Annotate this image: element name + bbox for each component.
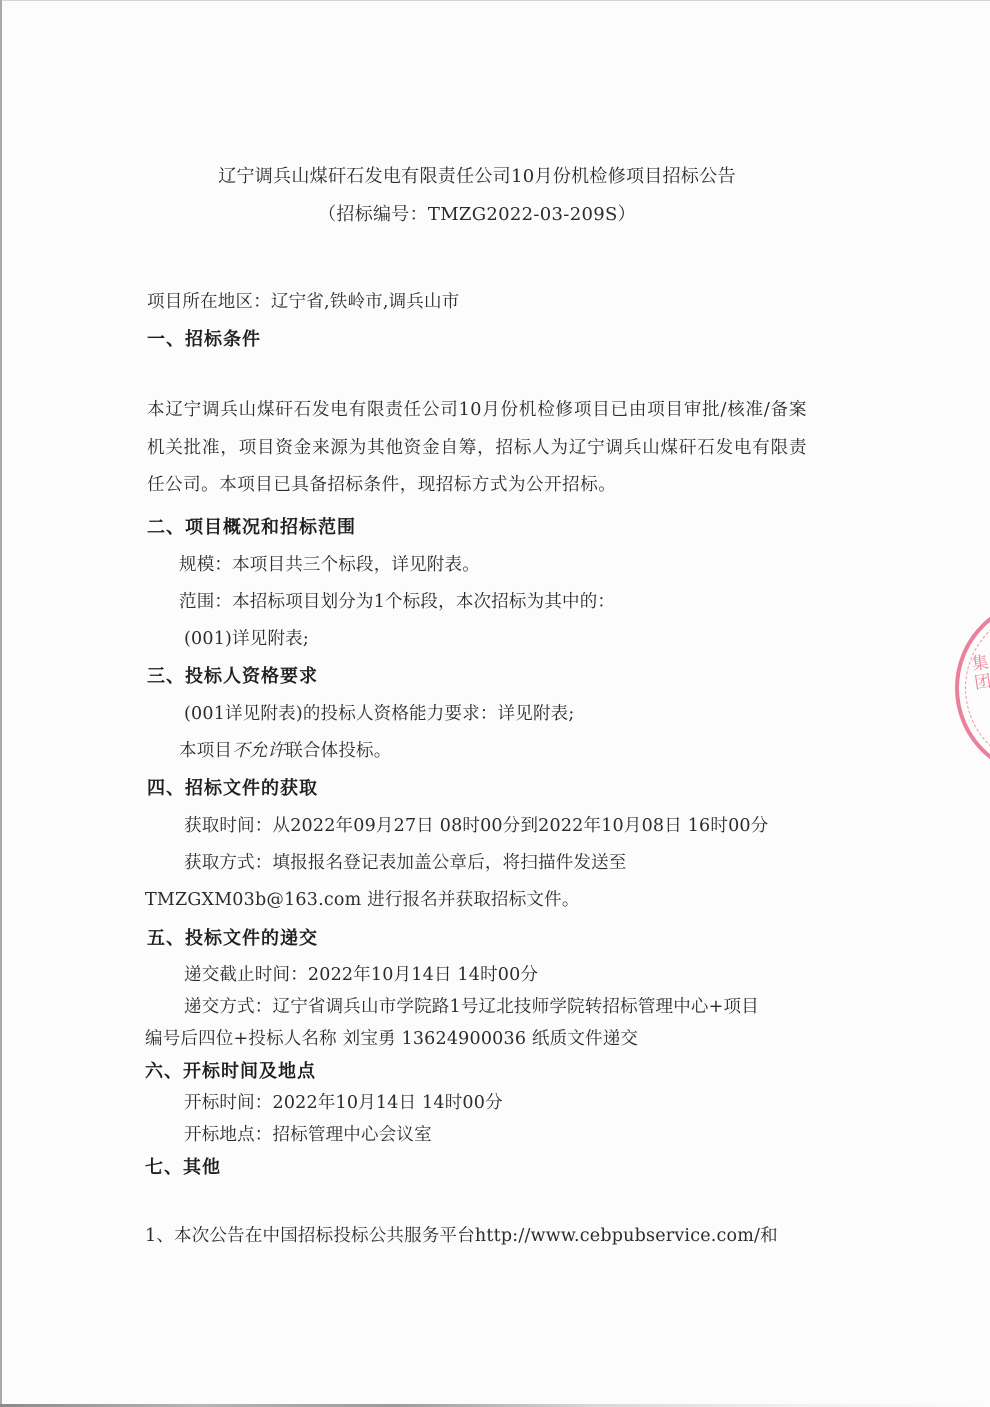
section-1-heading: 一、招标条件 (147, 325, 261, 351)
section-1-paragraph: 本辽宁调兵山煤矸石发电有限责任公司10月份机检修项目已由项目审批/核准/备案机关… (147, 392, 807, 505)
section-3-qualification: (001详见附表)的投标人资格能力要求：详见附表; (184, 700, 574, 725)
project-location: 项目所在地区：辽宁省,铁岭市,调兵山市 (147, 288, 459, 313)
section-3-consortium: 本项目不允许联合体投标。 (179, 737, 391, 762)
consortium-prefix: 本项目 (179, 741, 232, 761)
document-page: 辽宁调兵山煤矸石发电有限责任公司10月份机检修项目招标公告 （招标编号：TMZG… (0, 0, 990, 1407)
section-4-email: TMZGXM03b@163.com 进行报名并获取招标文件。 (145, 886, 580, 911)
section-2-scope: 范围：本招标项目划分为1个标段，本次招标为其中的： (179, 588, 615, 613)
section-5-method: 递交方式：辽宁省调兵山市学院路1号辽北技师学院转招标管理中心+项目 (184, 993, 759, 1018)
section-2-scale: 规模：本项目共三个标段，详见附表。 (179, 551, 480, 576)
section-5-method-cont: 编号后四位+投标人名称 刘宝勇 13624900036 纸质文件递交 (145, 1025, 638, 1050)
section-3-heading: 三、投标人资格要求 (147, 662, 318, 688)
section-7-heading: 七、其他 (145, 1153, 221, 1179)
consortium-suffix: 联合体投标。 (285, 741, 391, 761)
bid-number: （招标编号：TMZG2022-03-209S） (0, 200, 972, 226)
section-4-heading: 四、招标文件的获取 (147, 774, 318, 800)
section-7-item-1: 1、本次公告在中国招标投标公共服务平台http://www.cebpubserv… (145, 1222, 778, 1247)
section-5-deadline: 递交截止时间：2022年10月14日 14时00分 (184, 961, 538, 986)
company-seal: 集团 (955, 598, 990, 778)
consortium-emphasis: 不允许 (232, 741, 285, 761)
document-title: 辽宁调兵山煤矸石发电有限责任公司10月份机检修项目招标公告 (0, 162, 972, 188)
section-4-method: 获取方式：填报报名登记表加盖公章后，将扫描件发送至 (184, 849, 627, 874)
section-2-heading: 二、项目概况和招标范围 (147, 513, 356, 539)
section-6-time: 开标时间：2022年10月14日 14时00分 (184, 1089, 503, 1114)
section-4-time: 获取时间：从2022年09月27日 08时00分到2022年10月08日 16时… (184, 812, 768, 837)
section-6-location: 开标地点：招标管理中心会议室 (184, 1121, 432, 1146)
seal-text: 集团 (964, 652, 990, 693)
section-5-heading: 五、投标文件的递交 (147, 924, 318, 950)
section-2-lot: (001)详见附表; (184, 625, 309, 650)
section-6-heading: 六、开标时间及地点 (145, 1057, 316, 1083)
